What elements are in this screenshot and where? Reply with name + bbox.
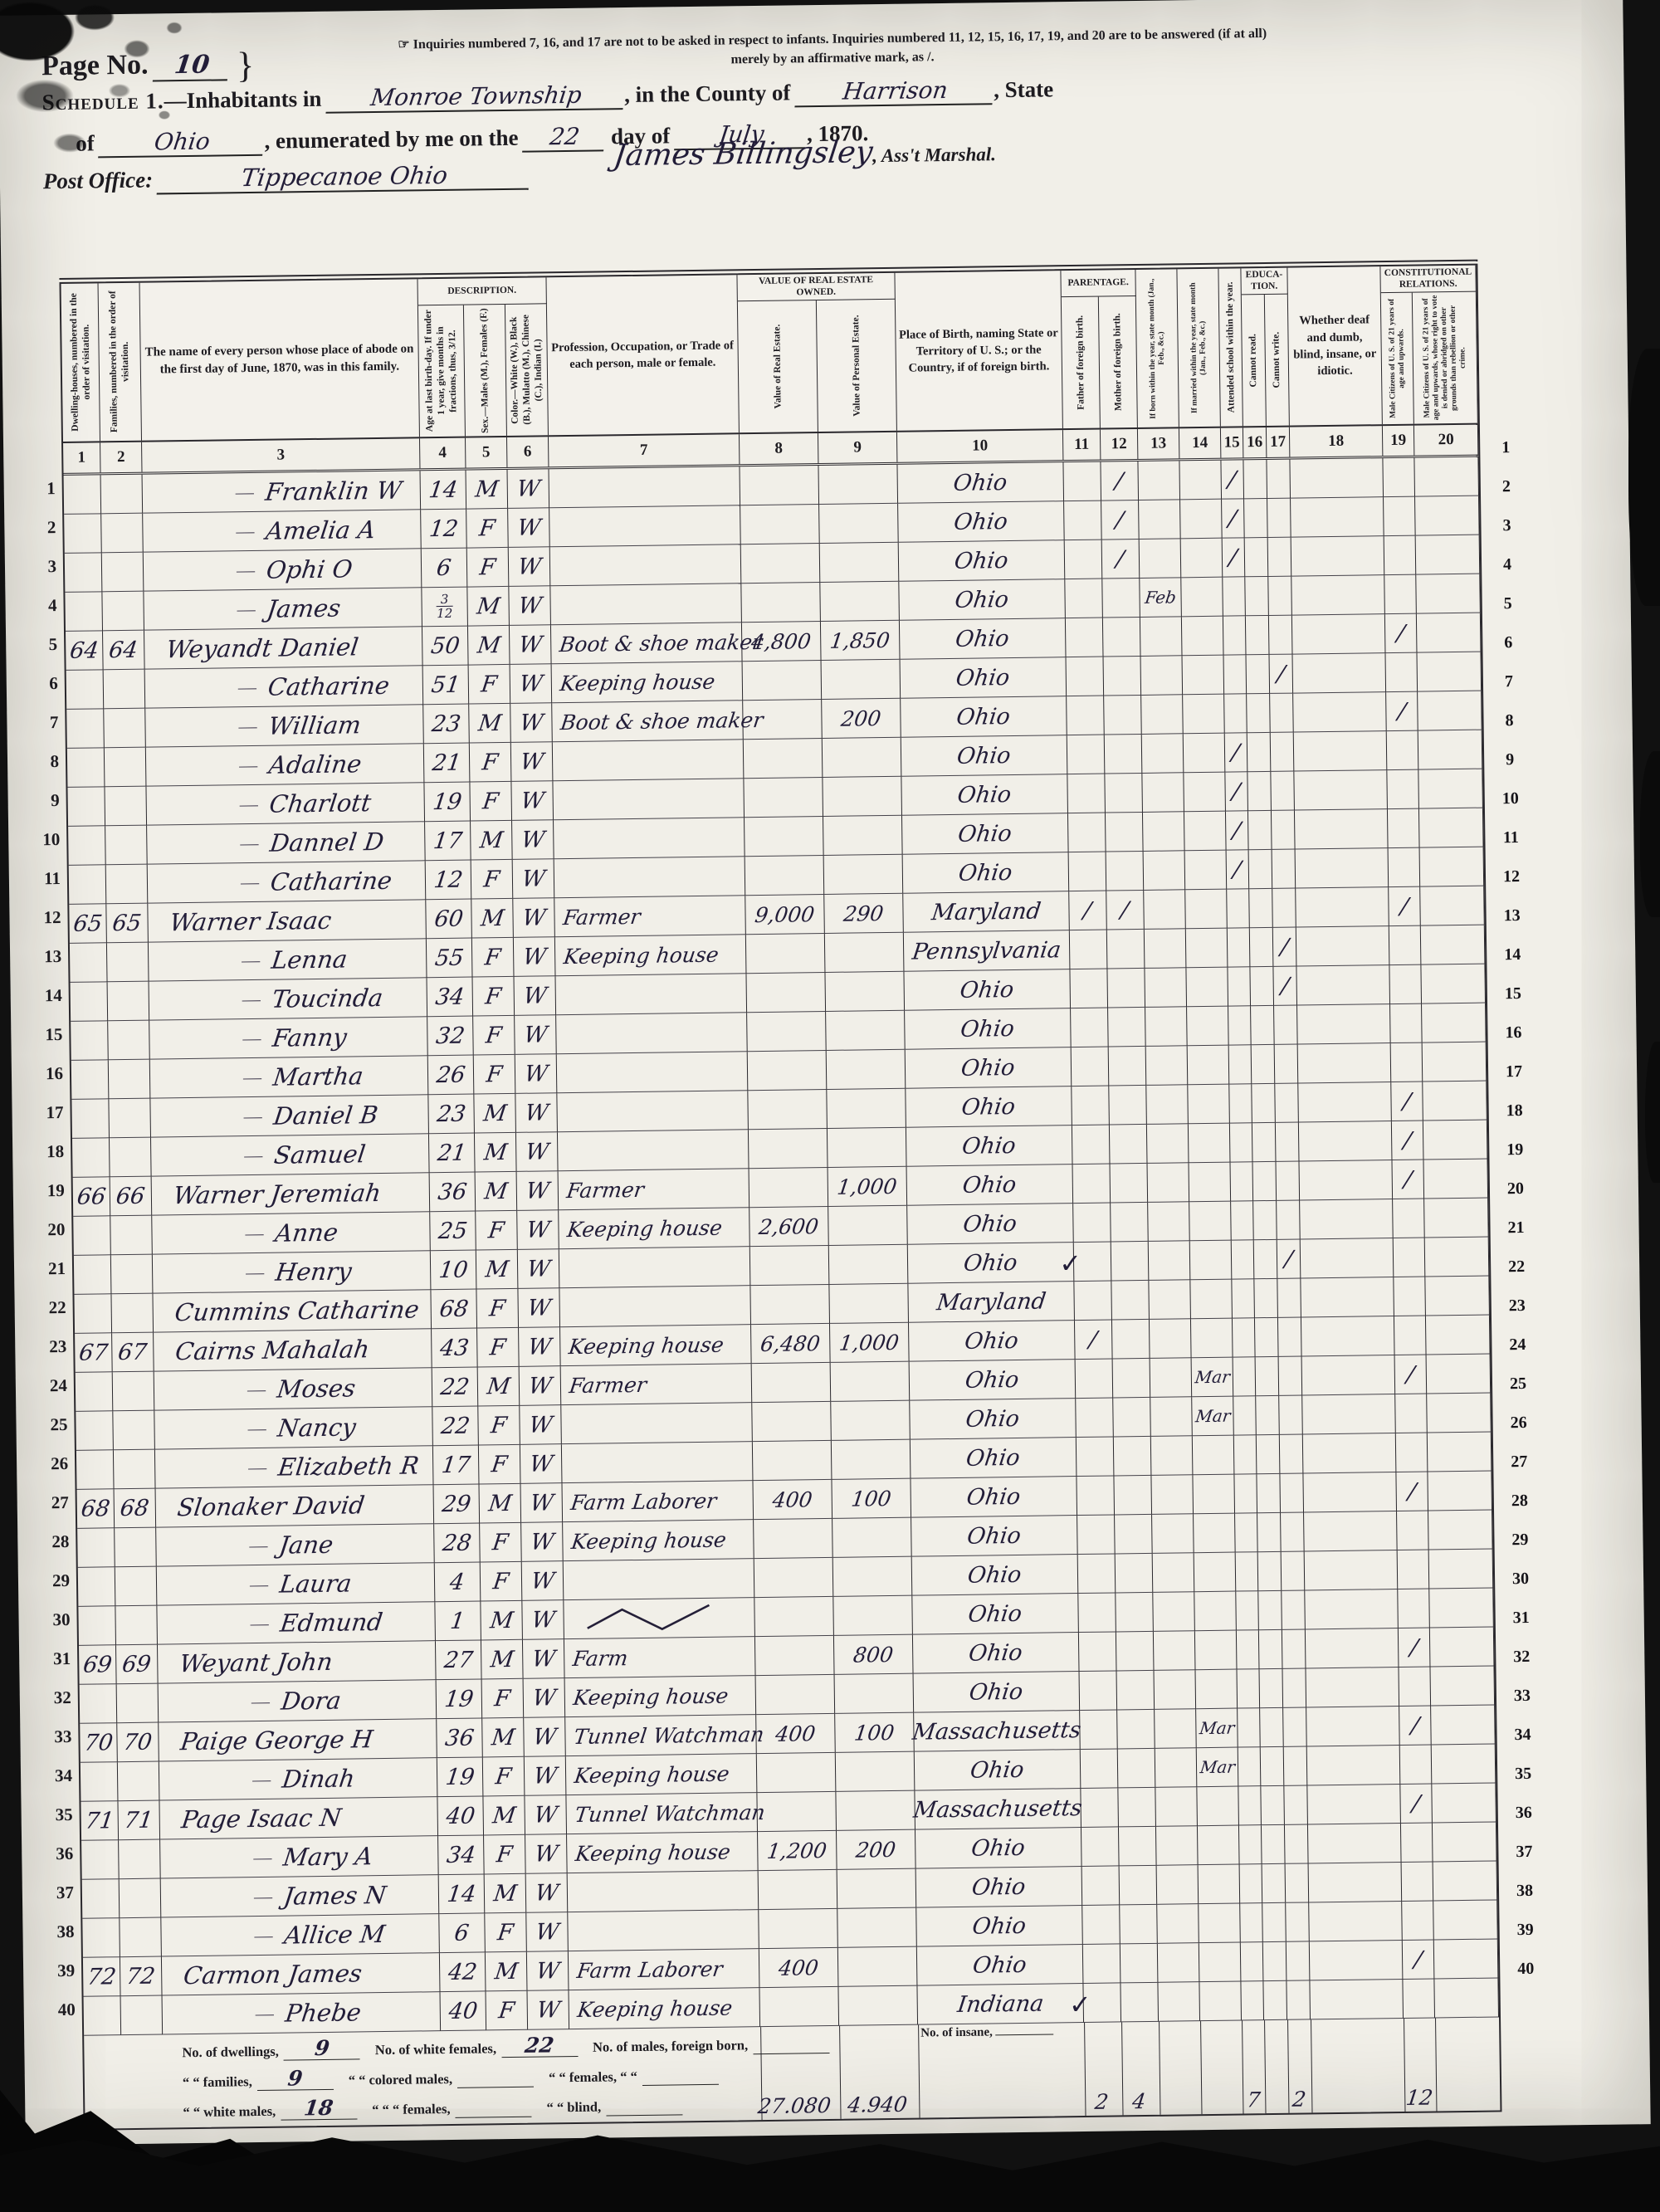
sex-value: F bbox=[496, 1921, 515, 1943]
person-name: Catharine bbox=[269, 868, 393, 894]
occupation-cell bbox=[557, 1052, 749, 1093]
person-name: Charlott bbox=[268, 791, 373, 817]
mark-col14: Mar bbox=[1199, 1720, 1236, 1737]
mark-col11-cell bbox=[1067, 774, 1106, 814]
dwelling-number-cell bbox=[71, 1060, 110, 1100]
column-header-text-13: If born within the year, state month (Ja… bbox=[1147, 276, 1167, 422]
mark-col19-cell bbox=[1387, 770, 1419, 809]
color-value-cell: W bbox=[508, 508, 550, 548]
mark-col19-cell: / bbox=[1391, 1082, 1423, 1121]
real-estate-value: 9,000 bbox=[754, 904, 816, 925]
family-number-cell bbox=[118, 1762, 160, 1802]
mark-col11-cell bbox=[1079, 1632, 1117, 1672]
family-number-cell bbox=[120, 1879, 162, 1919]
table-header: DESCRIPTION.VALUE OF REAL ESTATE OWNED.P… bbox=[61, 266, 1478, 443]
mark-col14-cell bbox=[1190, 1280, 1233, 1320]
summary-blank bbox=[457, 2070, 534, 2088]
sex-value-cell: F bbox=[485, 1913, 527, 1953]
real-estate-value: 4,800 bbox=[750, 631, 813, 652]
person-name: Catharine bbox=[266, 673, 391, 699]
mark-col17-cell bbox=[1274, 1006, 1298, 1045]
birthplace-value: Ohio bbox=[970, 1836, 1027, 1859]
occupation-cell: Keeping house bbox=[552, 662, 744, 703]
family-number: 70 bbox=[122, 1731, 154, 1753]
mark-col17-cell bbox=[1275, 1084, 1299, 1123]
mark-col13-cell bbox=[1145, 929, 1187, 969]
column-number-4: 4 bbox=[420, 438, 466, 469]
mark-col17-cell bbox=[1267, 499, 1291, 538]
row-number-left: 11 bbox=[32, 860, 61, 899]
sex-value-cell: M bbox=[478, 1367, 520, 1407]
row-number-right: 11 bbox=[1492, 819, 1530, 859]
mark-col12-cell bbox=[1114, 1476, 1152, 1516]
occupation-value: Farm Laborer bbox=[569, 1490, 718, 1512]
person-name-cell: Warner Isaac bbox=[148, 900, 427, 942]
mark-col16-cell bbox=[1256, 1357, 1280, 1396]
personal-estate-value-cell bbox=[833, 1596, 913, 1636]
color-value-cell: W bbox=[509, 586, 551, 626]
summary-label: No. of white females, bbox=[375, 2040, 496, 2058]
summary-label: “ “ families, bbox=[183, 2073, 252, 2091]
sex-value-cell: M bbox=[466, 470, 509, 510]
age-value: 10 bbox=[437, 1258, 469, 1281]
age-cell: 23 bbox=[423, 705, 470, 745]
mark-col11-cell bbox=[1067, 657, 1105, 697]
person-name-cell: —Jane bbox=[156, 1524, 435, 1566]
mark-col15-cell bbox=[1233, 1396, 1257, 1435]
mark-col15: / bbox=[1227, 468, 1238, 491]
color-value-cell: W bbox=[522, 1600, 564, 1640]
birthplace-cell: Maryland bbox=[908, 1282, 1075, 1323]
sex-value-cell: F bbox=[473, 977, 515, 1017]
column-number-20: 20 bbox=[1414, 425, 1478, 456]
mark-col14-cell bbox=[1191, 1319, 1233, 1359]
summary-column-line bbox=[1200, 2021, 1203, 2114]
birthplace-value: Ohio bbox=[966, 1524, 1023, 1547]
mark-col17-cell bbox=[1281, 1512, 1305, 1551]
person-name: James bbox=[266, 596, 342, 621]
birthplace-value: Ohio bbox=[967, 1602, 1023, 1625]
color-value: W bbox=[526, 1296, 552, 1319]
real-estate-value: 1,200 bbox=[766, 1840, 828, 1862]
mark-col11-cell bbox=[1066, 618, 1104, 658]
ditto-dash: — bbox=[246, 1262, 264, 1283]
age-cell: 17 bbox=[425, 822, 471, 862]
summary-total-col11: 2 bbox=[1094, 2090, 1111, 2114]
person-name: Fanny bbox=[271, 1025, 349, 1050]
age-value: 40 bbox=[445, 1804, 476, 1827]
row-number-left: 38 bbox=[46, 1913, 75, 1952]
mark-col19-cell: / bbox=[1392, 1160, 1424, 1199]
mark-col20-cell bbox=[1429, 1589, 1494, 1628]
mark-col16-cell bbox=[1257, 1435, 1281, 1474]
mark-col16-cell bbox=[1245, 538, 1269, 577]
mark-col12-cell: / bbox=[1106, 891, 1145, 930]
row-number-left: 16 bbox=[35, 1055, 64, 1094]
occupation-cell bbox=[553, 740, 745, 781]
birthplace-cell: Ohio bbox=[907, 1204, 1074, 1245]
mark-col15-cell bbox=[1241, 1981, 1264, 2020]
mark-col20-cell bbox=[1418, 769, 1483, 809]
mark-col15-cell bbox=[1234, 1435, 1257, 1474]
real-estate-value-cell bbox=[757, 1792, 837, 1832]
person-name-cell: Paige George H bbox=[159, 1719, 437, 1761]
birthplace-cell: Ohio bbox=[916, 1867, 1083, 1908]
ditto-dash: — bbox=[256, 2003, 274, 2024]
birthplace-value: Ohio bbox=[953, 510, 1009, 534]
summary-blank: 9 bbox=[284, 2039, 360, 2060]
color-value-cell: W bbox=[509, 547, 551, 587]
birthplace-value: Ohio bbox=[964, 1329, 1020, 1352]
mark-col19-cell bbox=[1396, 1433, 1428, 1472]
summary-label: “ “ females, “ “ bbox=[549, 2068, 637, 2086]
person-name-cell: —Martha bbox=[150, 1056, 429, 1098]
age-cell: 1 bbox=[435, 1601, 481, 1641]
mark-col14-cell bbox=[1184, 773, 1226, 813]
mark-col17-cell bbox=[1272, 850, 1296, 889]
mark-col19-cell bbox=[1399, 1668, 1431, 1707]
mark-col12-cell bbox=[1117, 1671, 1155, 1711]
birthplace-value: Ohio bbox=[954, 667, 1011, 690]
person-name-cell: —Dinah bbox=[159, 1758, 438, 1800]
mark-col11-cell bbox=[1076, 1359, 1114, 1399]
mark-col12-cell bbox=[1106, 813, 1144, 852]
sex-value: F bbox=[491, 1531, 510, 1554]
occupation-cell bbox=[561, 1403, 753, 1444]
sex-value: M bbox=[491, 1804, 517, 1826]
birthplace-value: Ohio bbox=[965, 1446, 1022, 1469]
mark-col12-cell bbox=[1118, 1749, 1156, 1789]
township-value: Monroe Township bbox=[325, 81, 626, 114]
personal-estate-value-cell: 1,000 bbox=[830, 1323, 910, 1363]
person-name: Moses bbox=[276, 1376, 357, 1401]
mark-col17-cell bbox=[1276, 1162, 1300, 1201]
row-number-left: 40 bbox=[46, 1991, 76, 2030]
summary-total-col12: 4 bbox=[1130, 2089, 1147, 2113]
mark-col12-cell bbox=[1120, 1866, 1158, 1906]
mark-col14-cell bbox=[1189, 1202, 1232, 1242]
column-header-text-12: Mother of foreign birth. bbox=[1111, 313, 1125, 411]
mark-col15-cell bbox=[1228, 967, 1251, 1006]
color-value: W bbox=[531, 1687, 557, 1709]
mark-col18-cell bbox=[1302, 1355, 1396, 1395]
real-estate-value-cell bbox=[743, 661, 823, 701]
mark-col16-cell bbox=[1252, 1084, 1276, 1123]
mark-col11-cell bbox=[1068, 813, 1106, 853]
birthplace-cell: Maryland bbox=[903, 891, 1070, 933]
sex-value-cell: M bbox=[471, 899, 514, 939]
person-name-cell: Weyant John bbox=[158, 1641, 437, 1683]
personal-estate-value-cell: 800 bbox=[834, 1635, 914, 1675]
mark-col17-cell bbox=[1271, 772, 1295, 811]
mark-col19-cell bbox=[1398, 1550, 1430, 1589]
mark-col11-cell bbox=[1077, 1437, 1115, 1477]
column-number-11: 11 bbox=[1063, 430, 1101, 461]
mark-col20-cell bbox=[1423, 1043, 1487, 1082]
occupation-cell bbox=[554, 818, 745, 859]
mark-col19: / bbox=[1395, 622, 1406, 644]
person-name: Slonaker David bbox=[176, 1493, 366, 1520]
row-number-right: 1 bbox=[1487, 429, 1525, 469]
age-cell: 40 bbox=[441, 1991, 487, 2031]
summary-value: 9 bbox=[287, 2069, 304, 2088]
schedule-prefix: Schedule 1. bbox=[41, 88, 164, 115]
column-number-13: 13 bbox=[1138, 428, 1179, 459]
sex-value-cell: F bbox=[469, 665, 511, 705]
sex-value: F bbox=[482, 868, 500, 891]
mark-col15-cell: / bbox=[1227, 850, 1250, 889]
county-value: Harrison bbox=[794, 76, 995, 107]
color-value-cell: W bbox=[527, 1990, 569, 2030]
mark-col16-cell bbox=[1262, 1903, 1286, 1942]
mark-col14-cell bbox=[1188, 1046, 1230, 1086]
occupation-cell: Tunnel Watchman bbox=[565, 1715, 757, 1756]
occupation-cell bbox=[555, 974, 747, 1015]
mark-col14-cell bbox=[1199, 1982, 1242, 2022]
mark-col14-cell bbox=[1189, 1124, 1231, 1164]
mark-col12-cell bbox=[1116, 1593, 1154, 1633]
row-number-left: 24 bbox=[39, 1367, 68, 1406]
mark-col14-cell bbox=[1195, 1631, 1238, 1671]
color-value: W bbox=[525, 1179, 550, 1202]
dwelling-number-cell bbox=[82, 1918, 120, 1958]
birthplace-cell: Ohio bbox=[911, 1516, 1078, 1557]
family-number-cell: 65 bbox=[106, 904, 149, 944]
mark-col11-cell: / bbox=[1069, 891, 1107, 931]
occupation-value: Keeping house bbox=[566, 1217, 724, 1239]
row-number-left: 33 bbox=[43, 1718, 72, 1757]
column-number-16: 16 bbox=[1243, 427, 1267, 457]
family-number-cell bbox=[115, 1528, 157, 1568]
color-value: W bbox=[524, 1101, 549, 1124]
pointing-hand-icon: ☞ bbox=[398, 37, 410, 51]
dwelling-number-cell bbox=[81, 1762, 119, 1802]
family-number: 64 bbox=[108, 638, 139, 661]
personal-estate-value-cell bbox=[831, 1401, 911, 1441]
occupation-value: Boot & shoe maker bbox=[559, 631, 764, 654]
family-number-cell bbox=[121, 1996, 164, 2036]
row-number-right: 20 bbox=[1497, 1170, 1535, 1210]
column-header-2: Families, numbered in the order of visit… bbox=[99, 283, 142, 442]
real-estate-value-cell bbox=[747, 1012, 827, 1052]
row-number-right: 10 bbox=[1492, 780, 1530, 820]
birthplace-value: Ohio bbox=[962, 1212, 1018, 1235]
mark-col14-cell bbox=[1183, 695, 1225, 735]
ditto-dash: — bbox=[251, 1691, 270, 1712]
sex-value: F bbox=[490, 1414, 508, 1437]
family-number-cell: 69 bbox=[116, 1645, 159, 1685]
ditto-dash: — bbox=[250, 1574, 268, 1595]
mark-col14-cell bbox=[1181, 539, 1223, 579]
mark-col19-cell bbox=[1389, 926, 1422, 965]
family-number-cell: 67 bbox=[112, 1333, 154, 1373]
color-value: W bbox=[520, 789, 545, 812]
row-number-right: 37 bbox=[1506, 1834, 1543, 1873]
mark-col18-cell bbox=[1309, 1902, 1403, 1941]
color-value-cell: W bbox=[527, 1951, 569, 1991]
mark-col14-cell bbox=[1190, 1241, 1233, 1281]
check-mark: ✓ bbox=[1059, 1248, 1081, 1279]
row-number-right: 39 bbox=[1506, 1912, 1544, 1951]
summary-box: No. of dwellings,9No. of white females,2… bbox=[84, 2017, 1500, 2128]
person-name-cell: —Ophi O bbox=[144, 549, 422, 591]
mark-col15: / bbox=[1231, 780, 1242, 803]
mark-col16-cell bbox=[1258, 1552, 1282, 1591]
dwelling-number-cell bbox=[80, 1684, 118, 1724]
column-header-19: Male Citizens of U. S. of 21 years of ag… bbox=[1381, 293, 1414, 424]
real-estate-value-cell bbox=[743, 700, 823, 740]
birthplace-cell: Massachusetts bbox=[915, 1789, 1081, 1830]
person-name-cell: —Anne bbox=[152, 1212, 431, 1254]
mark-col18-cell bbox=[1309, 1863, 1403, 1902]
family-number: 72 bbox=[125, 1965, 157, 1987]
mark-col19-cell bbox=[1384, 536, 1417, 575]
dwelling-number: 72 bbox=[85, 1965, 117, 1988]
row-number-left: 5 bbox=[29, 626, 58, 665]
person-name-cell: Warner Jeremiah bbox=[152, 1173, 431, 1215]
sex-value-cell: M bbox=[481, 1640, 524, 1680]
occupation-value: Keeping house bbox=[568, 1334, 725, 1356]
mark-col14: Mar bbox=[1194, 1369, 1231, 1386]
column-header-text-5: Sex.—Males (M.), Females (F.) bbox=[478, 308, 491, 433]
summary-value: 22 bbox=[524, 2036, 555, 2055]
mark-col18-cell bbox=[1299, 1121, 1393, 1161]
mark-col19-cell bbox=[1401, 1823, 1433, 1862]
schedule-body: —Inhabitants in bbox=[164, 86, 321, 113]
mark-col18-cell bbox=[1295, 809, 1389, 849]
row-number-right: 17 bbox=[1496, 1053, 1533, 1093]
mark-col15-cell bbox=[1238, 1708, 1261, 1747]
mark-col16-cell bbox=[1250, 967, 1274, 1006]
mark-col19-cell bbox=[1387, 731, 1419, 770]
color-value-cell: W bbox=[524, 1717, 566, 1757]
real-estate-value-cell: 6,480 bbox=[751, 1324, 831, 1364]
color-value: W bbox=[534, 1921, 559, 1943]
mark-col18-cell bbox=[1301, 1238, 1394, 1278]
summary-label: “ “ colored males, bbox=[349, 2071, 453, 2089]
sex-value: M bbox=[476, 634, 501, 657]
sex-value-cell: M bbox=[476, 1172, 518, 1212]
mark-col16-cell bbox=[1256, 1396, 1280, 1435]
row-number-left: 39 bbox=[46, 1952, 76, 1991]
mark-col13-cell bbox=[1156, 1826, 1199, 1866]
row-number-left: 26 bbox=[40, 1445, 69, 1484]
mark-col20-cell bbox=[1419, 808, 1484, 848]
personal-estate-value: 290 bbox=[842, 903, 885, 925]
color-value: W bbox=[517, 633, 543, 656]
family-number-cell bbox=[115, 1606, 158, 1646]
ditto-dash: — bbox=[242, 1028, 261, 1049]
sex-value-cell: F bbox=[472, 938, 515, 978]
mark-col18-cell bbox=[1303, 1433, 1397, 1473]
mark-col15-cell bbox=[1229, 1045, 1252, 1084]
mark-col17-cell bbox=[1267, 460, 1291, 499]
mark-col19-cell: / bbox=[1403, 1940, 1435, 1979]
summary-blank bbox=[753, 2036, 829, 2054]
mark-col11-cell bbox=[1081, 1827, 1120, 1867]
age-value: 6 bbox=[453, 1921, 471, 1944]
column-header-3: The name of every person whose place of … bbox=[140, 279, 420, 440]
birthplace-cell: Massachusetts bbox=[914, 1711, 1081, 1752]
mark-col11-cell bbox=[1078, 1593, 1116, 1633]
mark-col17-cell bbox=[1282, 1551, 1306, 1590]
mark-col14-cell bbox=[1180, 500, 1223, 540]
age-cell: 12 bbox=[426, 861, 472, 901]
occupation-cell bbox=[549, 505, 741, 547]
mark-col16-cell bbox=[1260, 1708, 1284, 1747]
mark-col11-cell bbox=[1078, 1554, 1116, 1594]
person-name: Dora bbox=[280, 1688, 343, 1713]
birthplace-value: Ohio bbox=[955, 706, 1012, 729]
ditto-dash: — bbox=[242, 950, 260, 971]
color-value: W bbox=[535, 1960, 560, 1982]
row-number-right: 31 bbox=[1502, 1599, 1540, 1639]
sex-value-cell: F bbox=[482, 1679, 525, 1719]
person-name: Mary A bbox=[282, 1844, 374, 1869]
summary-blank bbox=[455, 2100, 531, 2118]
dwelling-number-cell bbox=[78, 1567, 116, 1607]
mark-col15-cell bbox=[1235, 1513, 1258, 1552]
mark-col14: Mar bbox=[1194, 1408, 1232, 1425]
mark-col13-cell bbox=[1152, 1514, 1194, 1554]
dwelling-number-cell bbox=[76, 1450, 115, 1490]
mark-col13-cell bbox=[1148, 1163, 1190, 1203]
sex-value-cell: M bbox=[486, 1952, 528, 1992]
person-name-cell: —Charlott bbox=[146, 783, 425, 825]
sex-value-cell: F bbox=[470, 743, 512, 783]
occupation-value: Keeping house bbox=[572, 1685, 730, 1707]
mark-col20-cell bbox=[1428, 1472, 1492, 1511]
person-name-cell: —Lenna bbox=[149, 939, 427, 981]
personal-estate-value-cell: 200 bbox=[837, 1830, 916, 1870]
birthplace-value: Ohio bbox=[964, 1407, 1021, 1430]
row-number-right: 16 bbox=[1495, 1014, 1532, 1054]
color-value: W bbox=[525, 1218, 550, 1241]
ditto-dash: — bbox=[237, 559, 255, 581]
mark-col13-cell bbox=[1140, 617, 1183, 657]
row-number-right: 24 bbox=[1499, 1326, 1536, 1366]
personal-estate-value-cell bbox=[837, 1908, 917, 1948]
birthplace-cell: Pennsylvania bbox=[904, 930, 1071, 972]
real-estate-value-cell: 4,800 bbox=[742, 622, 822, 662]
column-header-20: Male Citizens of U. S. of 21 years of ag… bbox=[1413, 292, 1478, 424]
mark-col16-cell bbox=[1257, 1513, 1282, 1552]
row-number-left: 13 bbox=[33, 938, 62, 977]
group-header-value_owned: VALUE OF REAL ESTATE OWNED. bbox=[737, 273, 895, 301]
birthplace-cell: Ohio bbox=[902, 813, 1069, 855]
dwelling-number-cell bbox=[66, 709, 105, 749]
personal-estate-value-cell bbox=[829, 1284, 909, 1324]
mark-col19-cell bbox=[1384, 575, 1417, 614]
occupation-cell bbox=[550, 544, 742, 586]
person-name: Cummins Catharine bbox=[173, 1297, 421, 1325]
sex-value: F bbox=[485, 1024, 503, 1047]
mark-col19-cell: / bbox=[1389, 887, 1421, 926]
dwelling-number: 68 bbox=[80, 1497, 111, 1520]
mark-col19: / bbox=[1410, 1714, 1421, 1736]
birthplace-value: Ohio bbox=[960, 1056, 1017, 1079]
person-name: Toucinda bbox=[271, 985, 384, 1011]
person-name-cell: —Laura bbox=[157, 1563, 436, 1605]
personal-estate-value: 200 bbox=[855, 1838, 897, 1860]
mark-col18-cell bbox=[1291, 497, 1384, 537]
personal-estate-value-cell: 1,000 bbox=[828, 1167, 908, 1207]
color-value-cell: W bbox=[520, 1366, 562, 1406]
real-estate-value-cell bbox=[740, 466, 819, 505]
column-number-18: 18 bbox=[1290, 426, 1383, 457]
dwelling-number-cell bbox=[76, 1372, 114, 1412]
mark-col12: / bbox=[1115, 509, 1125, 531]
